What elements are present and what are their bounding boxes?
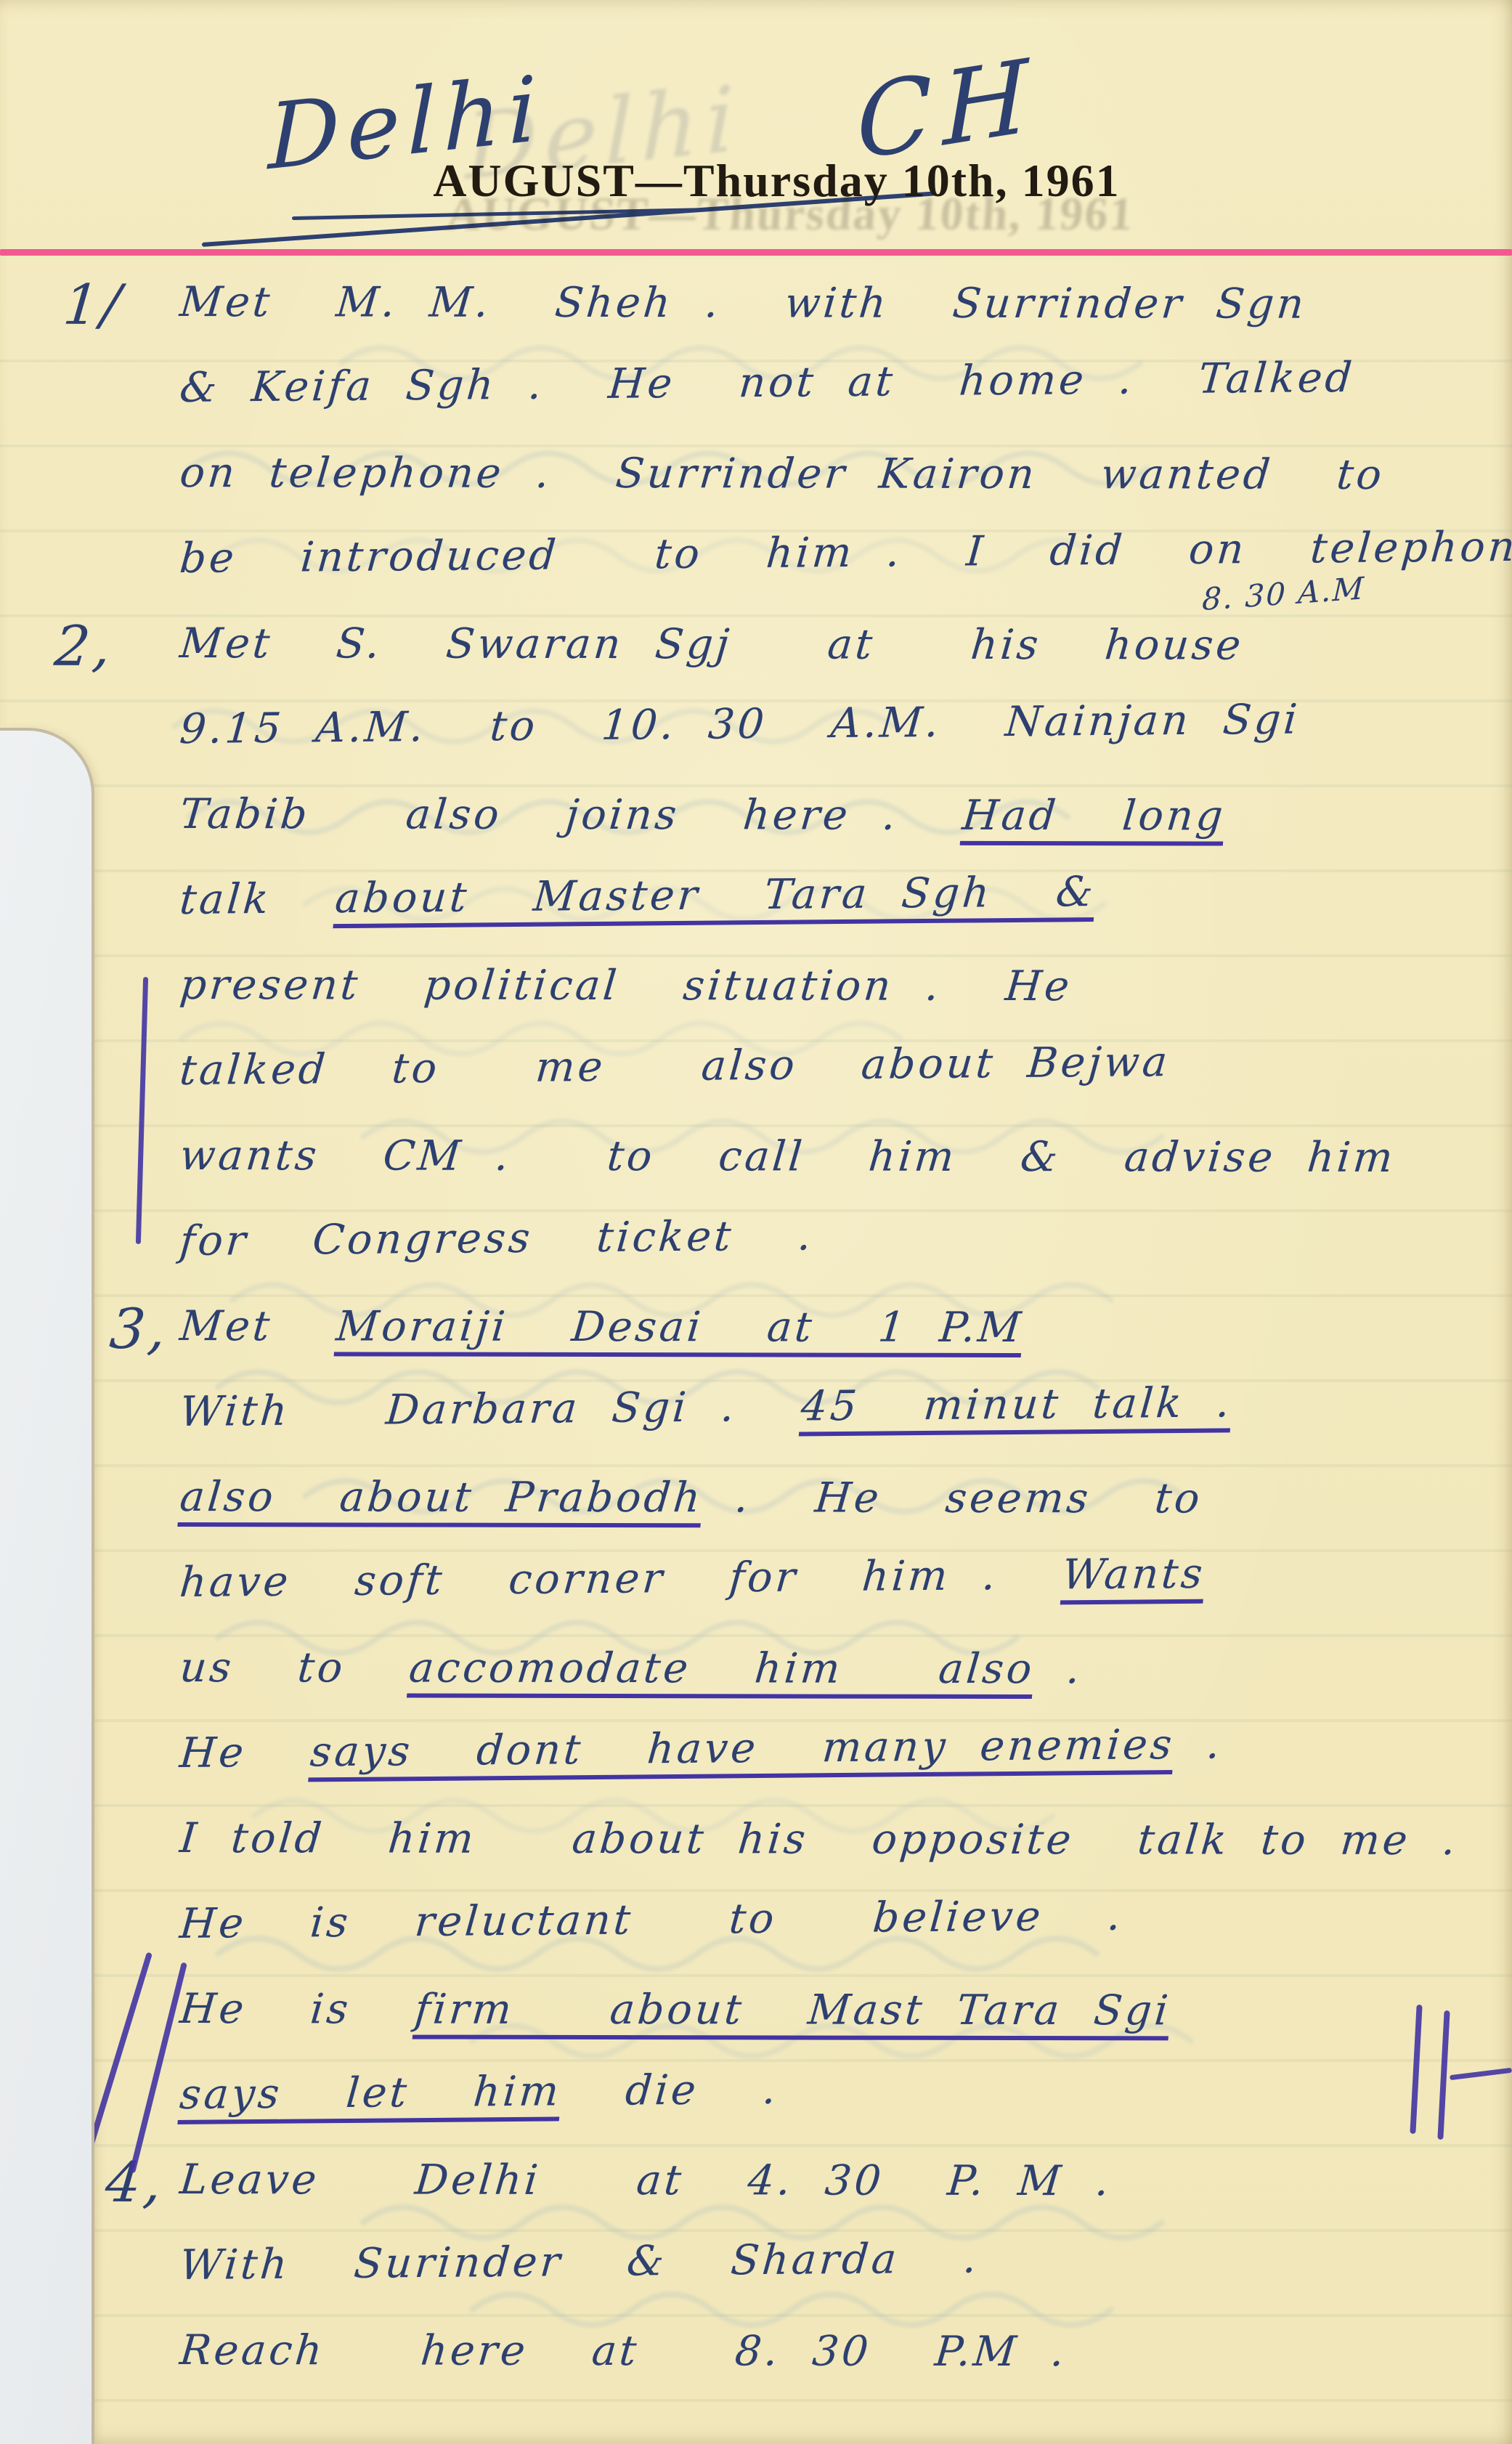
- phrase: Tabib also joins here .: [178, 790, 964, 840]
- pink-head-rule: [0, 249, 1512, 256]
- phrase: He is reluctant to believe .: [178, 1891, 1126, 1947]
- diary-line: & Keifa Sgh . He not at home . Talked: [178, 353, 1357, 411]
- phrase: . He seems to: [701, 1474, 1204, 1522]
- phrase: Leave Delhi at 4. 30 P. M .: [178, 2156, 1114, 2205]
- underlined-phrase: also about Prabodh: [178, 1473, 705, 1522]
- underlined-phrase: accomodate him also: [407, 1644, 1037, 1694]
- diary-line: 2,Met S. Swaran Sgj at his house: [178, 620, 1245, 670]
- diary-line: With Darbara Sgi . 45 minut talk .: [178, 1379, 1234, 1436]
- diary-line: on telephone . Surrinder Kairon wanted t…: [178, 449, 1386, 499]
- diary-line: for Congress ticket .: [178, 1211, 816, 1265]
- diary-line: 9.15 A.M. to 10. 30 A.M. Nainjan Sgi: [178, 695, 1301, 752]
- underlined-phrase: Moraiji Desai at 1 P.M: [334, 1302, 1025, 1352]
- underlined-phrase: says dont have many enemies: [309, 1721, 1176, 1776]
- underlined-phrase: about Master Tara Sgh &: [333, 868, 1097, 922]
- phrase: I told him about his opposite talk to me…: [178, 1814, 1460, 1864]
- diary-line: talked to me also about Bejwa: [178, 1038, 1172, 1095]
- phrase: .: [1173, 1720, 1224, 1769]
- diary-line: us to accomodate him also .: [178, 1644, 1085, 1693]
- printed-date: AUGUST—Thursday 10th, 1961: [433, 154, 1120, 208]
- phrase: talked to me also about Bejwa: [178, 1038, 1172, 1095]
- phrase: present political situation . He: [178, 961, 1074, 1010]
- phrase: He is: [178, 1985, 417, 2034]
- diary-line: 3,Met Moraiji Desai at 1 P.M: [178, 1302, 1025, 1352]
- phrase: With Darbara Sgi .: [178, 1382, 803, 1435]
- diary-line: wants CM . to call him & advise him: [178, 1132, 1397, 1182]
- diary-line: 4,Leave Delhi at 4. 30 P. M .: [178, 2156, 1114, 2205]
- phrase: With Surinder & Sharda .: [178, 2234, 981, 2289]
- diary-line: He says dont have many enemies .: [178, 1720, 1224, 1777]
- diary-line: Reach here at 8. 30 P.M .: [178, 2326, 1069, 2376]
- diary-line: With Surinder & Sharda .: [178, 2234, 981, 2289]
- phrase: 9.15 A.M. to 10. 30 A.M. Nainjan Sgi: [178, 695, 1301, 752]
- entry-number: 3,: [107, 1296, 171, 1361]
- diary-scan: { "header": { "handwritten_left": "Delhi…: [0, 0, 1512, 2444]
- phrase: us to: [178, 1644, 412, 1692]
- phrase: for Congress ticket .: [178, 1211, 816, 1265]
- entry-number: 2,: [52, 614, 116, 678]
- diary-page: Delhi Delhi CH AUGUST—Thursday 10th, 196…: [0, 0, 1512, 2444]
- phrase: .: [1032, 1645, 1084, 1693]
- diary-line: says let him die .: [178, 2065, 781, 2118]
- diary-line: talk about Master Tara Sgh &: [178, 868, 1098, 924]
- underlined-phrase: says let him: [178, 2067, 564, 2119]
- underlined-phrase: Had long: [960, 792, 1227, 840]
- diary-line: 1/Met M. M. Sheh . with Surrinder Sgn: [178, 278, 1309, 328]
- diary-line: present political situation . He: [178, 961, 1074, 1010]
- diary-line: He is reluctant to believe .: [178, 1891, 1126, 1947]
- phrase: have soft corner for him .: [178, 1551, 1065, 1607]
- underlined-phrase: 45 minut talk .: [799, 1379, 1234, 1430]
- phrase: Met: [178, 1302, 338, 1350]
- diary-line: He is firm about Mast Tara Sgi: [178, 1985, 1173, 2034]
- phrase: talk: [178, 874, 337, 924]
- phrase: on telephone . Surrinder Kairon wanted t…: [178, 449, 1386, 499]
- diary-line: Tabib also joins here . Had long: [178, 790, 1227, 840]
- phrase: Met S. Swaran Sgj at his house: [178, 620, 1245, 670]
- phrase: wants CM . to call him & advise him: [178, 1132, 1397, 1182]
- phrase: Reach here at 8. 30 P.M .: [178, 2326, 1069, 2376]
- diary-line: also about Prabodh . He seems to: [178, 1473, 1204, 1522]
- phrase: He: [178, 1728, 312, 1777]
- diary-line: I told him about his opposite talk to me…: [178, 1814, 1460, 1864]
- phrase: & Keifa Sgh . He not at home . Talked: [178, 353, 1357, 411]
- backing-page-edge: [0, 728, 94, 2444]
- phrase: Met M. M. Sheh . with Surrinder Sgn: [178, 278, 1309, 328]
- diary-line: have soft corner for him . Wants: [178, 1549, 1207, 1606]
- underlined-phrase: Wants: [1060, 1549, 1207, 1599]
- phrase: die .: [559, 2065, 780, 2115]
- entry-number: 1/: [61, 272, 126, 337]
- underlined-phrase: firm about Mast Tara Sgi: [412, 1986, 1173, 2035]
